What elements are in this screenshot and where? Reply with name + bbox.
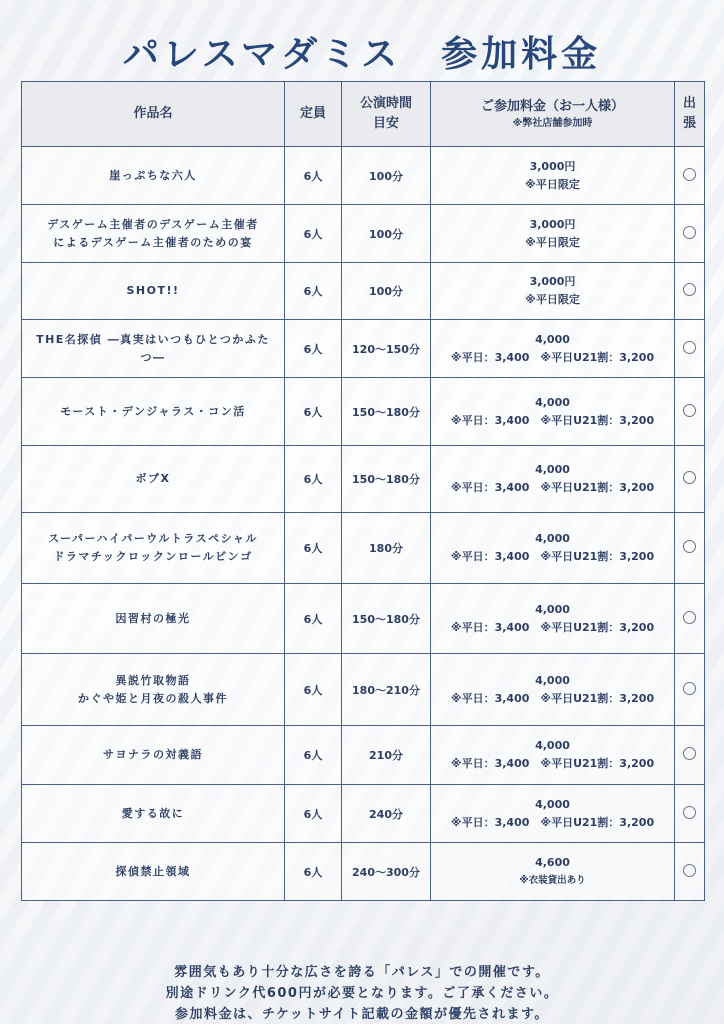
duration: 120〜150分 xyxy=(342,320,431,378)
footer-line-drink: 別途ドリンク代600円が必要となります。ご了承ください。 xyxy=(0,983,724,1004)
duration: 240〜300分 xyxy=(342,843,431,901)
header-price-note: ※弊社店舗参加時 xyxy=(431,117,674,131)
circle-icon xyxy=(683,226,696,239)
duration: 150〜180分 xyxy=(342,446,431,513)
outreach xyxy=(675,205,705,263)
page-title: パレスマダミス 参加料金 xyxy=(0,26,724,77)
header-price: ご参加料金（お一人様）※弊社店舗参加時 xyxy=(431,82,675,147)
price-amount: 3,000円 xyxy=(431,216,674,234)
table-row: サヨナラの対義語6人210分4,000※平日：3,400 ※平日U21割：3,2… xyxy=(22,726,705,785)
capacity: 6人 xyxy=(285,584,342,654)
scenario-title: スーパーハイパーウルトラスペシャルドラマチックロックンロールビンゴ xyxy=(22,513,285,584)
footer-line-priority: 参加料金は、チケットサイト記載の金額が優先されます。 xyxy=(0,1004,724,1024)
price-note: ※平日限定 xyxy=(431,176,674,194)
duration: 100分 xyxy=(342,205,431,263)
price: 3,000円※平日限定 xyxy=(431,263,675,320)
capacity: 6人 xyxy=(285,263,342,320)
scenario-title: THE名探偵 ―真実はいつもひとつかふたつ― xyxy=(22,320,285,378)
price-amount: 4,000 xyxy=(431,672,674,690)
price-note: ※平日限定 xyxy=(431,234,674,252)
header-title: 作品名 xyxy=(22,82,285,147)
price: 3,000円※平日限定 xyxy=(431,147,675,205)
price-note: ※平日：3,400 ※平日U21割：3,200 xyxy=(431,619,674,637)
table-row: デスゲーム主催者のデスゲーム主催者によるデスゲーム主催者のための宴6人100分3… xyxy=(22,205,705,263)
outreach xyxy=(675,785,705,843)
outreach xyxy=(675,147,705,205)
duration: 100分 xyxy=(342,147,431,205)
circle-icon xyxy=(683,404,696,417)
outreach xyxy=(675,263,705,320)
capacity: 6人 xyxy=(285,378,342,446)
capacity: 6人 xyxy=(285,843,342,901)
price-note: ※平日：3,400 ※平日U21割：3,200 xyxy=(431,412,674,430)
capacity: 6人 xyxy=(285,446,342,513)
circle-icon xyxy=(683,471,696,484)
capacity: 6人 xyxy=(285,726,342,785)
scenario-title: 因習村の極光 xyxy=(22,584,285,654)
price-amount: 3,000円 xyxy=(431,158,674,176)
table-row: 愛する故に6人240分4,000※平日：3,400 ※平日U21割：3,200 xyxy=(22,785,705,843)
outreach xyxy=(675,843,705,901)
price-note: ※平日：3,400 ※平日U21割：3,200 xyxy=(431,548,674,566)
table-row: THE名探偵 ―真実はいつもひとつかふたつ―6人120〜150分4,000※平日… xyxy=(22,320,705,378)
price-amount: 4,000 xyxy=(431,331,674,349)
scenario-title: SHOT!! xyxy=(22,263,285,320)
duration: 210分 xyxy=(342,726,431,785)
price-note: ※平日：3,400 ※平日U21割：3,200 xyxy=(431,755,674,773)
price-amount: 4,000 xyxy=(431,796,674,814)
price-note: ※衣装貸出あり xyxy=(431,872,674,890)
price: 4,000※平日：3,400 ※平日U21割：3,200 xyxy=(431,654,675,726)
capacity: 6人 xyxy=(285,785,342,843)
circle-icon xyxy=(683,540,696,553)
scenario-title: デスゲーム主催者のデスゲーム主催者によるデスゲーム主催者のための宴 xyxy=(22,205,285,263)
scenario-title: サヨナラの対義語 xyxy=(22,726,285,785)
price-amount: 4,000 xyxy=(431,530,674,548)
circle-icon xyxy=(683,168,696,181)
price-note: ※平日：3,400 ※平日U21割：3,200 xyxy=(431,479,674,497)
circle-icon xyxy=(683,283,696,296)
duration: 180〜210分 xyxy=(342,654,431,726)
capacity: 6人 xyxy=(285,147,342,205)
price-table: 作品名 定員 公演時間目安 ご参加料金（お一人様）※弊社店舗参加時 出張 崖っぷ… xyxy=(21,81,705,901)
outreach xyxy=(675,378,705,446)
capacity: 6人 xyxy=(285,654,342,726)
footer-line-venue: 雰囲気もあり十分な広さを誇る「パレス」での開催です。 xyxy=(0,962,724,983)
capacity: 6人 xyxy=(285,513,342,584)
price: 4,000※平日：3,400 ※平日U21割：3,200 xyxy=(431,446,675,513)
price: 4,000※平日：3,400 ※平日U21割：3,200 xyxy=(431,378,675,446)
scenario-title: 探偵禁止領域 xyxy=(22,843,285,901)
table-row: 崖っぷちな六人6人100分3,000円※平日限定 xyxy=(22,147,705,205)
outreach xyxy=(675,446,705,513)
header-capacity: 定員 xyxy=(285,82,342,147)
header-outreach: 出張 xyxy=(675,82,705,147)
price-note: ※平日：3,400 ※平日U21割：3,200 xyxy=(431,690,674,708)
price: 4,000※平日：3,400 ※平日U21割：3,200 xyxy=(431,726,675,785)
capacity: 6人 xyxy=(285,320,342,378)
duration: 150〜180分 xyxy=(342,378,431,446)
outreach xyxy=(675,654,705,726)
price-amount: 3,000円 xyxy=(431,273,674,291)
scenario-title: 崖っぷちな六人 xyxy=(22,147,285,205)
price-amount: 4,000 xyxy=(431,461,674,479)
outreach xyxy=(675,513,705,584)
table-header-row: 作品名 定員 公演時間目安 ご参加料金（お一人様）※弊社店舗参加時 出張 xyxy=(22,82,705,147)
price-note: ※平日限定 xyxy=(431,291,674,309)
outreach xyxy=(675,584,705,654)
table-row: モースト・デンジャラス・コン活6人150〜180分4,000※平日：3,400 … xyxy=(22,378,705,446)
duration: 150〜180分 xyxy=(342,584,431,654)
duration: 100分 xyxy=(342,263,431,320)
table-row: 因習村の極光6人150〜180分4,000※平日：3,400 ※平日U21割：3… xyxy=(22,584,705,654)
circle-icon xyxy=(683,747,696,760)
price: 4,000※平日：3,400 ※平日U21割：3,200 xyxy=(431,320,675,378)
header-duration: 公演時間目安 xyxy=(342,82,431,147)
outreach xyxy=(675,726,705,785)
price-note: ※平日：3,400 ※平日U21割：3,200 xyxy=(431,349,674,367)
circle-icon xyxy=(683,611,696,624)
price-amount: 4,000 xyxy=(431,601,674,619)
price: 4,000※平日：3,400 ※平日U21割：3,200 xyxy=(431,785,675,843)
table-row: スーパーハイパーウルトラスペシャルドラマチックロックンロールビンゴ6人180分4… xyxy=(22,513,705,584)
footer-notes: 雰囲気もあり十分な広さを誇る「パレス」での開催です。 別途ドリンク代600円が必… xyxy=(0,962,724,1024)
table-row: 探偵禁止領域6人240〜300分4,600※衣装貸出あり xyxy=(22,843,705,901)
circle-icon xyxy=(683,341,696,354)
scenario-title: ボブX xyxy=(22,446,285,513)
scenario-title: 異説竹取物語かぐや姫と月夜の殺人事件 xyxy=(22,654,285,726)
price: 3,000円※平日限定 xyxy=(431,205,675,263)
circle-icon xyxy=(683,864,696,877)
circle-icon xyxy=(683,806,696,819)
scenario-title: 愛する故に xyxy=(22,785,285,843)
scenario-title: モースト・デンジャラス・コン活 xyxy=(22,378,285,446)
price-amount: 4,600 xyxy=(431,854,674,872)
circle-icon xyxy=(683,682,696,695)
duration: 180分 xyxy=(342,513,431,584)
price: 4,600※衣装貸出あり xyxy=(431,843,675,901)
table-row: 異説竹取物語かぐや姫と月夜の殺人事件6人180〜210分4,000※平日：3,4… xyxy=(22,654,705,726)
outreach xyxy=(675,320,705,378)
price: 4,000※平日：3,400 ※平日U21割：3,200 xyxy=(431,584,675,654)
duration: 240分 xyxy=(342,785,431,843)
price-amount: 4,000 xyxy=(431,737,674,755)
price: 4,000※平日：3,400 ※平日U21割：3,200 xyxy=(431,513,675,584)
capacity: 6人 xyxy=(285,205,342,263)
price-amount: 4,000 xyxy=(431,394,674,412)
table-row: ボブX6人150〜180分4,000※平日：3,400 ※平日U21割：3,20… xyxy=(22,446,705,513)
price-note: ※平日：3,400 ※平日U21割：3,200 xyxy=(431,814,674,832)
table-row: SHOT!!6人100分3,000円※平日限定 xyxy=(22,263,705,320)
